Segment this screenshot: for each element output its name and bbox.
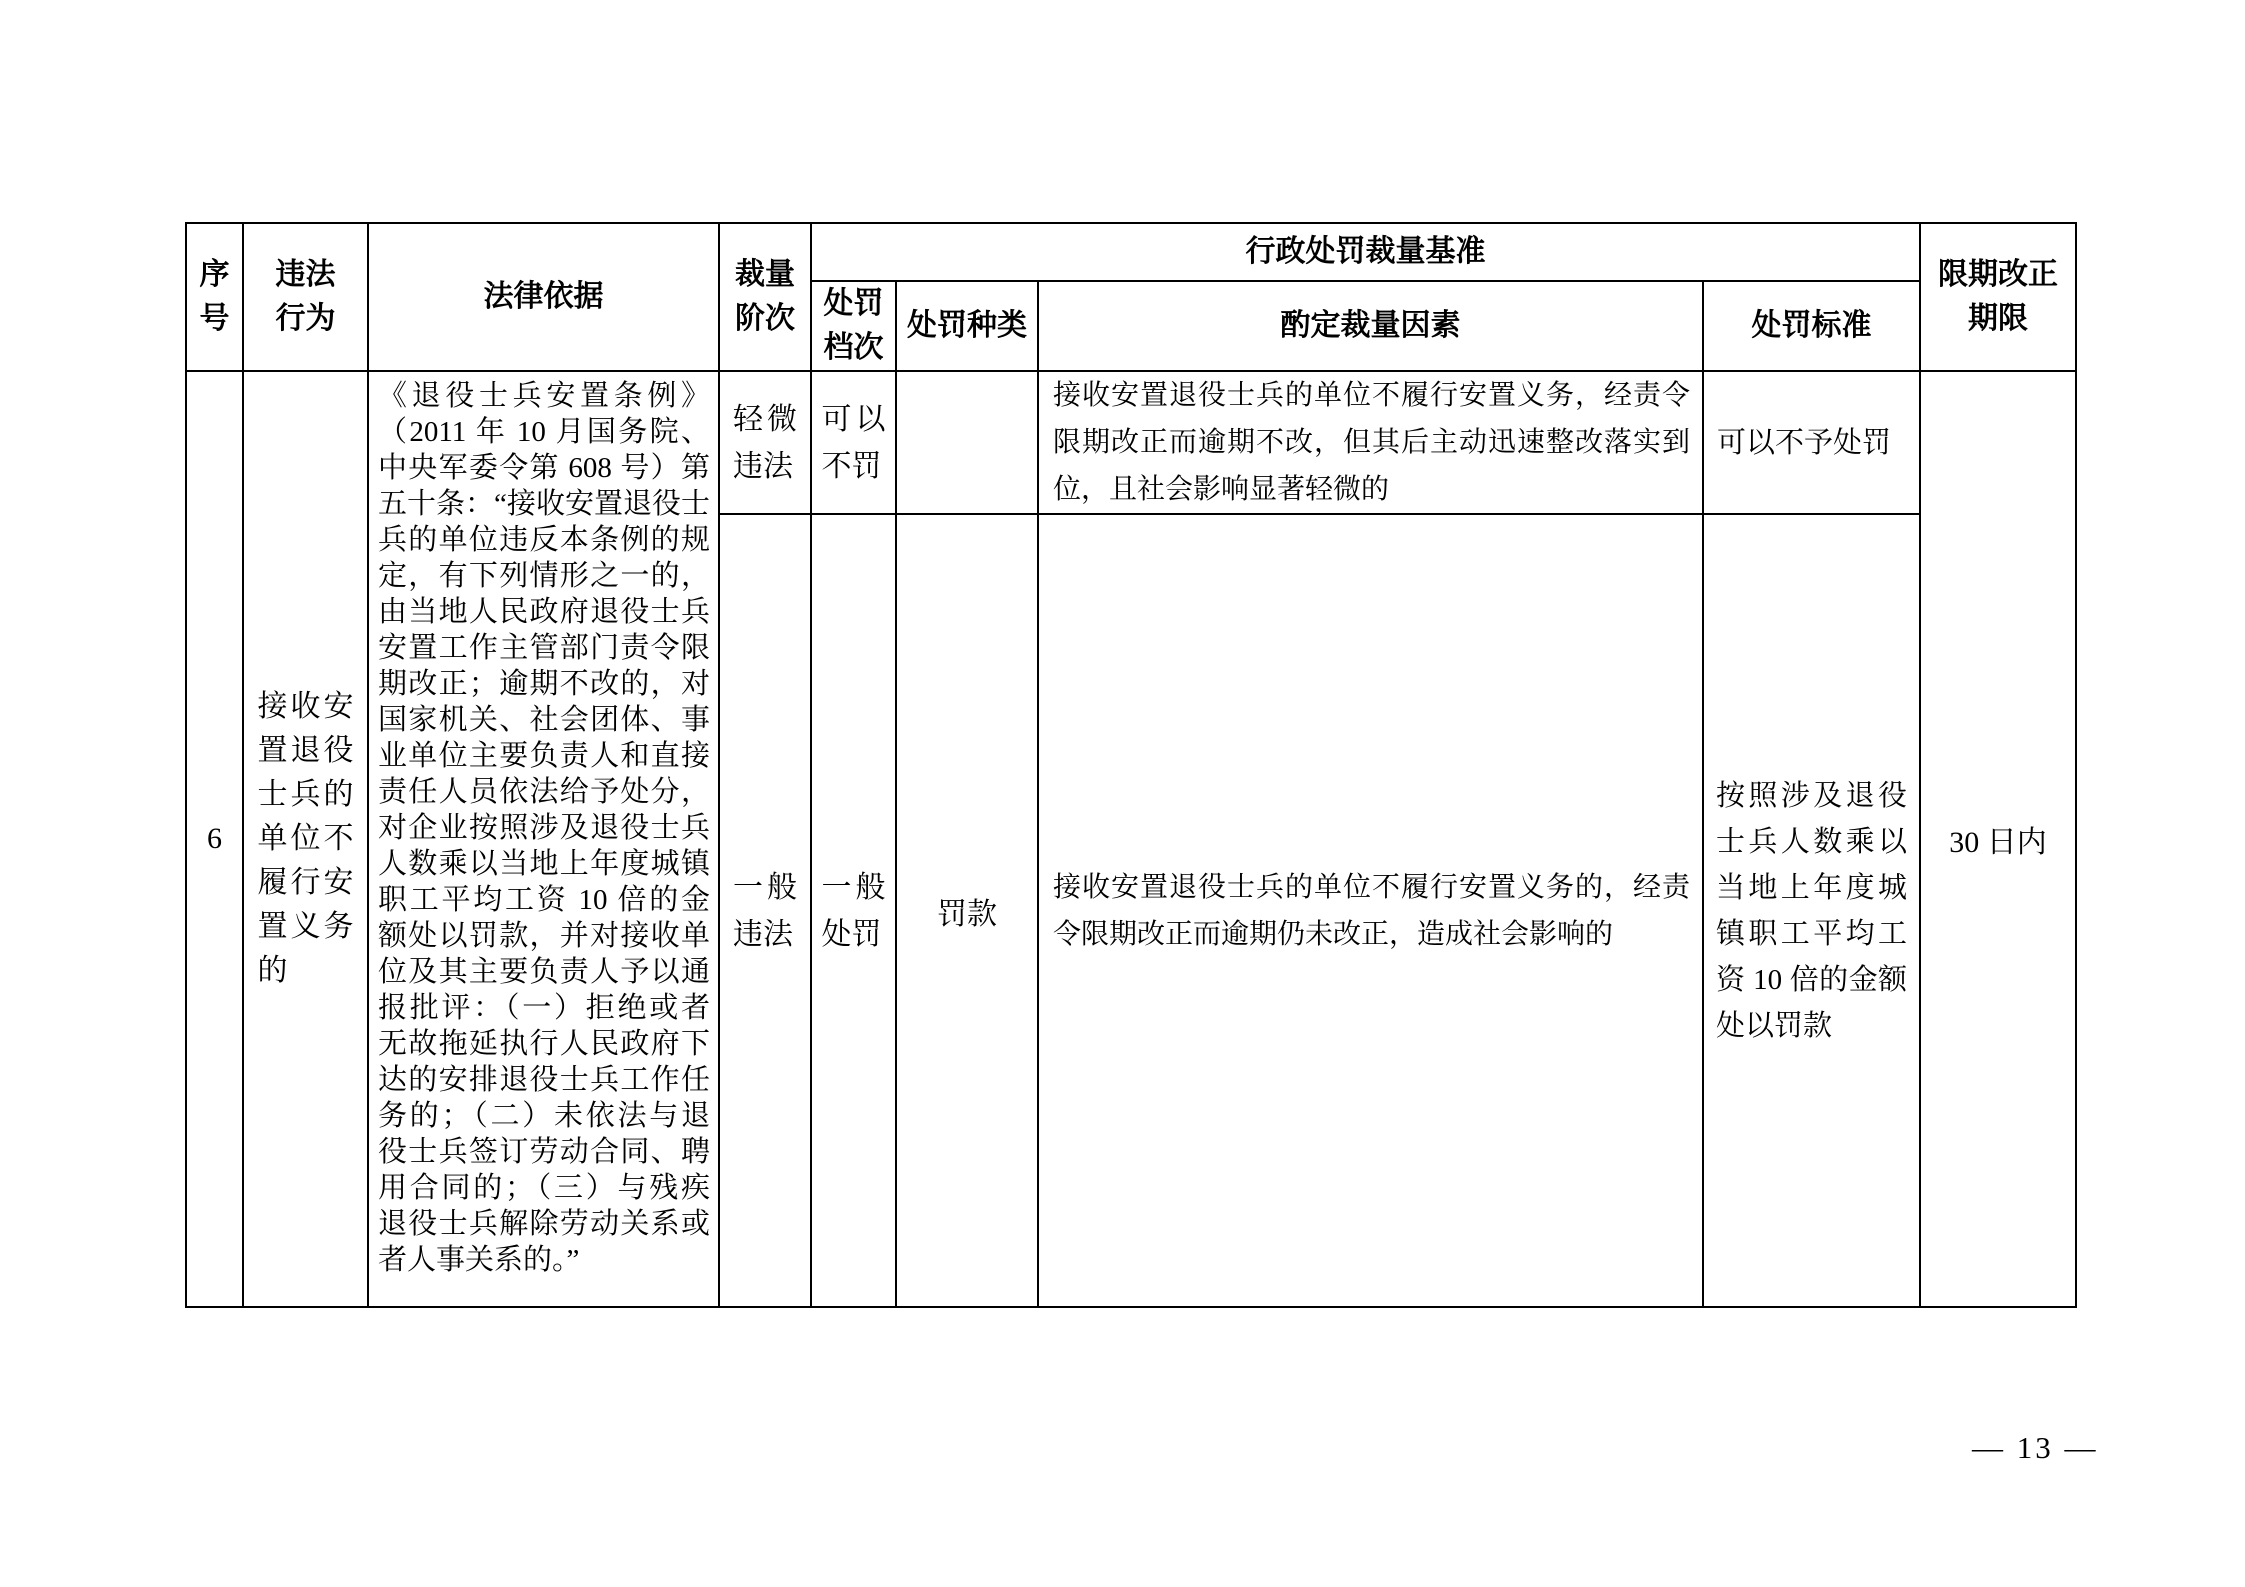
cell-standard-general: 按照涉及退役士兵人数乘以当地上年度城镇职工平均工资 10 倍的金额处以罚款 xyxy=(1703,514,1920,1307)
header-discretion-factors: 酌定裁量因素 xyxy=(1038,281,1703,371)
header-penalty-grade: 处罚档次 xyxy=(811,281,896,371)
header-serial-number: 序号 xyxy=(186,223,243,371)
page-number: — 13 — xyxy=(1972,1430,2099,1466)
cell-serial-number: 6 xyxy=(186,371,243,1307)
table-row-minor-violation: 6 接收安置退役士兵的单位不履行安置义务的 《退役士兵安置条例》（2011 年 … xyxy=(186,371,2076,514)
header-legal-basis: 法律依据 xyxy=(368,223,719,371)
cell-type-general: 罚款 xyxy=(896,514,1038,1307)
cell-correction-deadline: 30 日内 xyxy=(1920,371,2076,1307)
cell-level-general: 一般违法 xyxy=(719,514,811,1307)
cell-level-minor: 轻微违法 xyxy=(719,371,811,514)
header-illegal-act: 违法行为 xyxy=(243,223,368,371)
penalty-discretion-table: 序号 违法行为 法律依据 裁量阶次 行政处罚裁量基准 限期改正期限 处罚档次 xyxy=(185,222,2077,1308)
cell-type-minor-empty xyxy=(896,371,1038,514)
header-row-1: 序号 违法行为 法律依据 裁量阶次 行政处罚裁量基准 限期改正期限 xyxy=(186,223,2076,281)
header-penalty-type: 处罚种类 xyxy=(896,281,1038,371)
cell-grade-minor: 可以不罚 xyxy=(811,371,896,514)
cell-grade-general: 一般处罚 xyxy=(811,514,896,1307)
cell-factors-general: 接收安置退役士兵的单位不履行安置义务的，经责令限期改正而逾期仍未改正，造成社会影… xyxy=(1038,514,1703,1307)
header-correction-deadline: 限期改正期限 xyxy=(1920,223,2076,371)
cell-standard-minor: 可以不予处罚 xyxy=(1703,371,1920,514)
cell-illegal-act: 接收安置退役士兵的单位不履行安置义务的 xyxy=(243,371,368,1307)
cell-factors-minor: 接收安置退役士兵的单位不履行安置义务，经责令限期改正而逾期不改，但其后主动迅速整… xyxy=(1038,371,1703,514)
cell-legal-basis: 《退役士兵安置条例》（2011 年 10 月国务院、中央军委令第 608 号）第… xyxy=(368,371,719,1307)
header-penalty-standard: 处罚标准 xyxy=(1703,281,1920,371)
header-discretion-level: 裁量阶次 xyxy=(719,223,811,371)
document-page: 序号 违法行为 法律依据 裁量阶次 行政处罚裁量基准 限期改正期限 处罚档次 xyxy=(0,0,2245,1587)
header-penalty-benchmark: 行政处罚裁量基准 xyxy=(811,223,1920,281)
